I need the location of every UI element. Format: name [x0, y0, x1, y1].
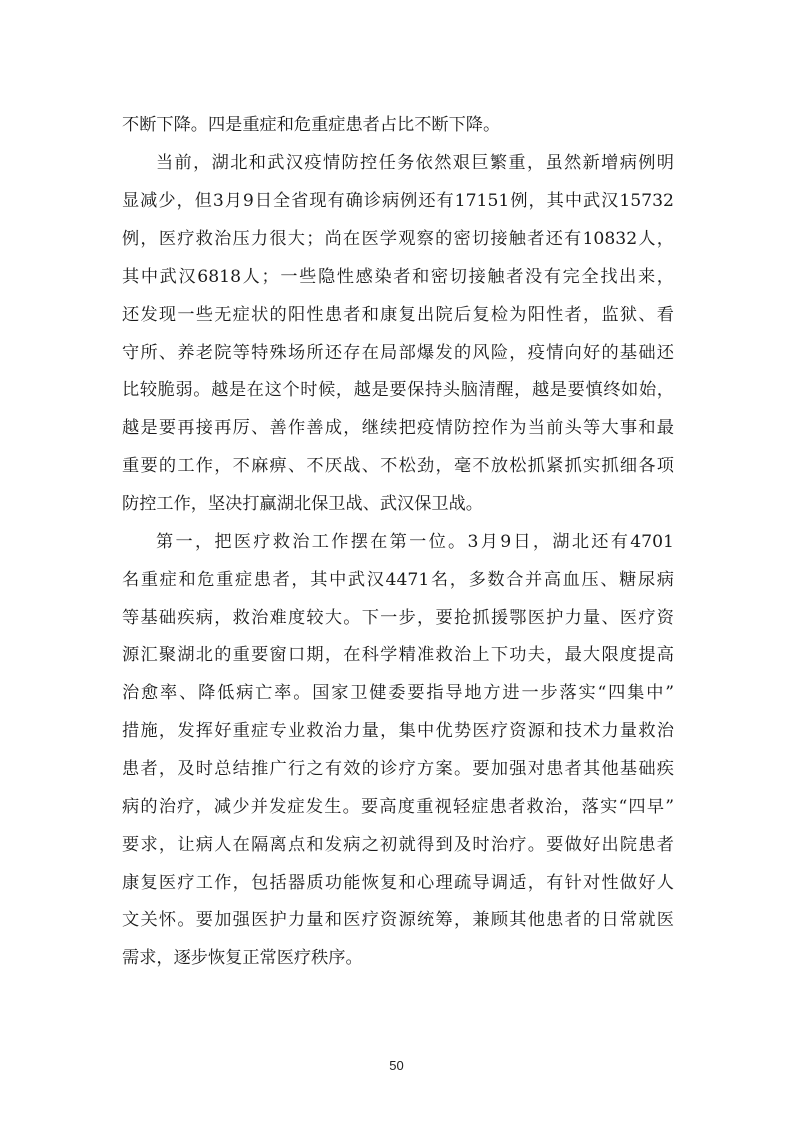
- paragraph-line: 当前，湖北和武汉疫情防控任务依然艰巨繁重，虽然新增病例明: [156, 151, 674, 175]
- page-number: 50: [0, 1058, 793, 1073]
- paragraph-line: 不断下降。四是重症和危重症患者占比不断下降。: [122, 113, 674, 137]
- paragraph-line: 措施，发挥好重症专业救治力量，集中优势医疗资源和技术力量救治: [122, 719, 674, 743]
- document-page: 不断下降。四是重症和危重症患者占比不断下降。 当前，湖北和武汉疫情防控任务依然艰…: [0, 0, 793, 1122]
- paragraph-line: 显减少，但3月9日全省现有确诊病例还有17151例，其中武汉15732: [122, 189, 674, 213]
- paragraph-line: 重要的工作，不麻痹、不厌战、不松劲，毫不放松抓紧抓实抓细各项: [122, 454, 674, 478]
- paragraph-line: 康复医疗工作，包括器质功能恢复和心理疏导调适，有针对性做好人: [122, 871, 674, 895]
- paragraph-line: 等基础疾病，救治难度较大。下一步，要抢抓援鄂医护力量、医疗资: [122, 606, 674, 630]
- paragraph-line: 治愈率、降低病亡率。国家卫健委要指导地方进一步落实“四集中”: [122, 681, 674, 705]
- paragraph-line: 源汇聚湖北的重要窗口期，在科学精准救治上下功夫，最大限度提高: [122, 643, 674, 667]
- paragraph-line: 比较脆弱。越是在这个时候，越是要保持头脑清醒，越是要慎终如始，: [122, 378, 674, 402]
- paragraph-line: 第一，把医疗救治工作摆在第一位。3月9日，湖北还有4701: [156, 530, 674, 554]
- paragraph-line: 病的治疗，减少并发症发生。要高度重视轻症患者救治，落实“四早”: [122, 795, 674, 819]
- paragraph-line: 其中武汉6818人；一些隐性感染者和密切接触者没有完全找出来，: [122, 265, 674, 289]
- paragraph-line: 患者，及时总结推广行之有效的诊疗方案。要加强对患者其他基础疾: [122, 757, 674, 781]
- paragraph-line: 越是要再接再厉、善作善成，继续把疫情防控作为当前头等大事和最: [122, 416, 674, 440]
- paragraph-line: 要求，让病人在隔离点和发病之初就得到及时治疗。要做好出院患者: [122, 833, 674, 857]
- paragraph-line: 还发现一些无症状的阳性患者和康复出院后复检为阳性者，监狱、看: [122, 303, 674, 327]
- paragraph-line: 需求，逐步恢复正常医疗秩序。: [122, 946, 674, 970]
- paragraph-line: 名重症和危重症患者，其中武汉4471名，多数合并高血压、糖尿病: [122, 568, 674, 592]
- paragraph-line: 文关怀。要加强医护力量和医疗资源统筹，兼顾其他患者的日常就医: [122, 908, 674, 932]
- paragraph-line: 例，医疗救治压力很大；尚在医学观察的密切接触者还有10832人，: [122, 227, 674, 251]
- paragraph-line: 防控工作，坚决打赢湖北保卫战、武汉保卫战。: [122, 492, 674, 516]
- paragraph-line: 守所、养老院等特殊场所还存在局部爆发的风险，疫情向好的基础还: [122, 341, 674, 365]
